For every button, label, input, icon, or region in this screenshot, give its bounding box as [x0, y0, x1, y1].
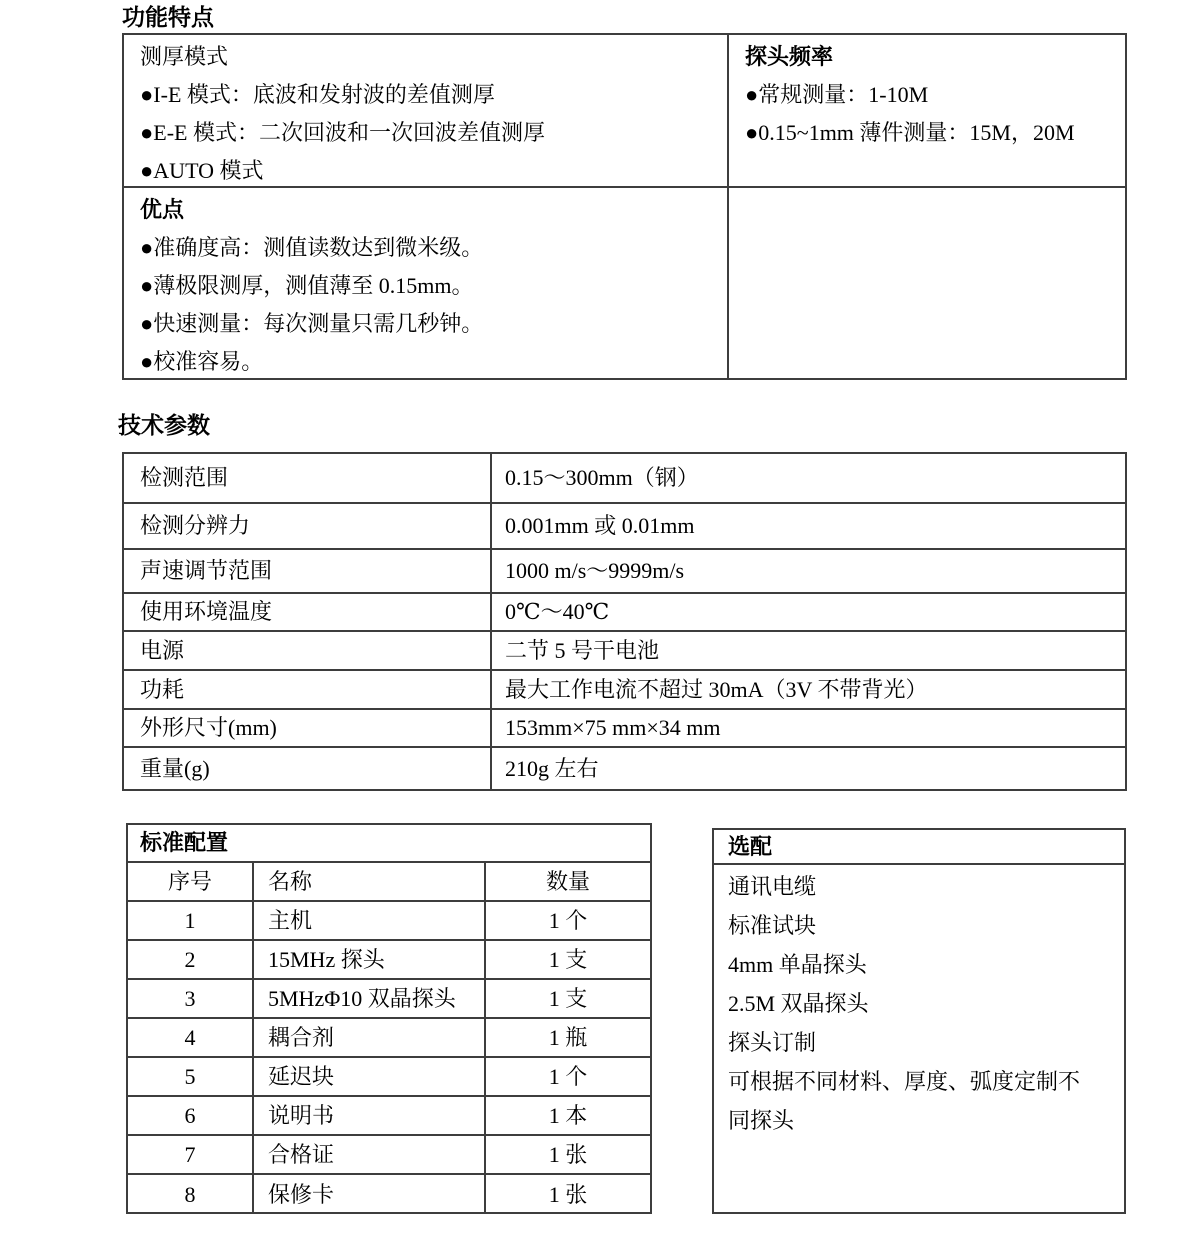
config-cell-name: 保修卡 [254, 1175, 486, 1214]
param-value: 210g 左右 [492, 748, 1125, 789]
config-cell-no: 4 [128, 1019, 254, 1058]
config-cell-qty: 1 个 [486, 1058, 650, 1097]
param-label: 声速调节范围 [124, 550, 492, 594]
probe-frequency-item: ●常规测量：1-10M [745, 76, 1109, 114]
advantages-heading: 优点 [140, 191, 711, 229]
probe-frequency-item: ●0.15~1mm 薄件测量：15M，20M [745, 114, 1109, 152]
config-cell-name: 合格证 [254, 1136, 486, 1175]
optional-body: 通讯电缆 标准试块 4mm 单晶探头 2.5M 双晶探头 探头订制 可根据不同材… [714, 865, 1124, 1140]
config-header-qty: 数量 [486, 863, 650, 902]
optional-table: 选配 通讯电缆 标准试块 4mm 单晶探头 2.5M 双晶探头 探头订制 可根据… [712, 828, 1126, 1214]
modes-item: ●AUTO 模式 [140, 152, 711, 188]
config-cell-qty: 1 本 [486, 1097, 650, 1136]
advantages-item: ●准确度高：测值读数达到微米级。 [140, 229, 711, 267]
page: 功能特点 测厚模式 ●I-E 模式：底波和发射波的差值测厚 ●E-E 模式：二次… [0, 0, 1200, 1244]
config-cell-name: 主机 [254, 902, 486, 941]
thickness-modes-cell: 测厚模式 ●I-E 模式：底波和发射波的差值测厚 ●E-E 模式：二次回波和一次… [124, 35, 729, 188]
config-cell-no: 8 [128, 1175, 254, 1214]
modes-heading: 测厚模式 [140, 38, 711, 76]
config-cell-name: 说明书 [254, 1097, 486, 1136]
config-cell-name: 耦合剂 [254, 1019, 486, 1058]
config-cell-qty: 1 张 [486, 1136, 650, 1175]
param-value: 0.15～300mm（钢） [492, 454, 1125, 504]
config-cell-no: 1 [128, 902, 254, 941]
config-header-name: 名称 [254, 863, 486, 902]
tech-params-table: 检测范围 0.15～300mm（钢） 检测分辨力 0.001mm 或 0.01m… [122, 452, 1127, 791]
config-cell-qty: 1 张 [486, 1175, 650, 1214]
config-cell-no: 5 [128, 1058, 254, 1097]
config-header-no: 序号 [128, 863, 254, 902]
features-table: 测厚模式 ●I-E 模式：底波和发射波的差值测厚 ●E-E 模式：二次回波和一次… [122, 33, 1127, 380]
param-label: 使用环境温度 [124, 594, 492, 632]
standard-config-table: 标准配置 序号 名称 数量 1 主机 1 个 2 15MHz 探头 1 支 3 … [126, 823, 652, 1214]
param-label: 电源 [124, 632, 492, 671]
advantages-cell: 优点 ●准确度高：测值读数达到微米级。 ●薄极限测厚，测值薄至 0.15mm。 … [124, 188, 729, 378]
optional-title: 选配 [714, 830, 1124, 865]
modes-item: ●I-E 模式：底波和发射波的差值测厚 [140, 76, 711, 114]
tech-params-section-title: 技术参数 [118, 412, 210, 440]
param-value: 0℃～40℃ [492, 594, 1125, 632]
config-cell-no: 3 [128, 980, 254, 1019]
advantages-item: ●校准容易。 [140, 343, 711, 378]
standard-config-grid: 序号 名称 数量 1 主机 1 个 2 15MHz 探头 1 支 3 5MHzΦ… [128, 863, 650, 1214]
optional-item: 4mm 单晶探头 [728, 945, 1098, 984]
modes-item: ●E-E 模式：二次回波和一次回波差值测厚 [140, 114, 711, 152]
optional-item: 可根据不同材料、厚度、弧度定制不同探头 [728, 1062, 1098, 1140]
advantages-item: ●薄极限测厚，测值薄至 0.15mm。 [140, 267, 711, 305]
probe-frequency-cell: 探头频率 ●常规测量：1-10M ●0.15~1mm 薄件测量：15M，20M [729, 35, 1125, 188]
features-section-title: 功能特点 [122, 4, 214, 32]
param-value: 二节 5 号干电池 [492, 632, 1125, 671]
param-value: 1000 m/s～9999m/s [492, 550, 1125, 594]
config-cell-qty: 1 瓶 [486, 1019, 650, 1058]
probe-frequency-heading: 探头频率 [745, 38, 1109, 76]
config-cell-name: 延迟块 [254, 1058, 486, 1097]
param-label: 检测范围 [124, 454, 492, 504]
optional-item: 探头订制 [728, 1023, 1098, 1062]
optional-item: 2.5M 双晶探头 [728, 984, 1098, 1023]
optional-item: 标准试块 [728, 906, 1098, 945]
param-value: 最大工作电流不超过 30mA（3V 不带背光） [492, 671, 1125, 710]
param-label: 外形尺寸(mm) [124, 710, 492, 748]
empty-cell [729, 188, 1125, 378]
param-value: 153mm×75 mm×34 mm [492, 710, 1125, 748]
param-value: 0.001mm 或 0.01mm [492, 504, 1125, 550]
config-cell-qty: 1 支 [486, 980, 650, 1019]
config-cell-no: 2 [128, 941, 254, 980]
param-label: 检测分辨力 [124, 504, 492, 550]
config-cell-no: 7 [128, 1136, 254, 1175]
config-cell-qty: 1 个 [486, 902, 650, 941]
config-cell-name: 5MHzΦ10 双晶探头 [254, 980, 486, 1019]
config-cell-qty: 1 支 [486, 941, 650, 980]
param-label: 重量(g) [124, 748, 492, 789]
param-label: 功耗 [124, 671, 492, 710]
standard-config-title: 标准配置 [128, 825, 650, 863]
optional-item: 通讯电缆 [728, 867, 1098, 906]
config-cell-name: 15MHz 探头 [254, 941, 486, 980]
advantages-item: ●快速测量：每次测量只需几秒钟。 [140, 305, 711, 343]
config-cell-no: 6 [128, 1097, 254, 1136]
